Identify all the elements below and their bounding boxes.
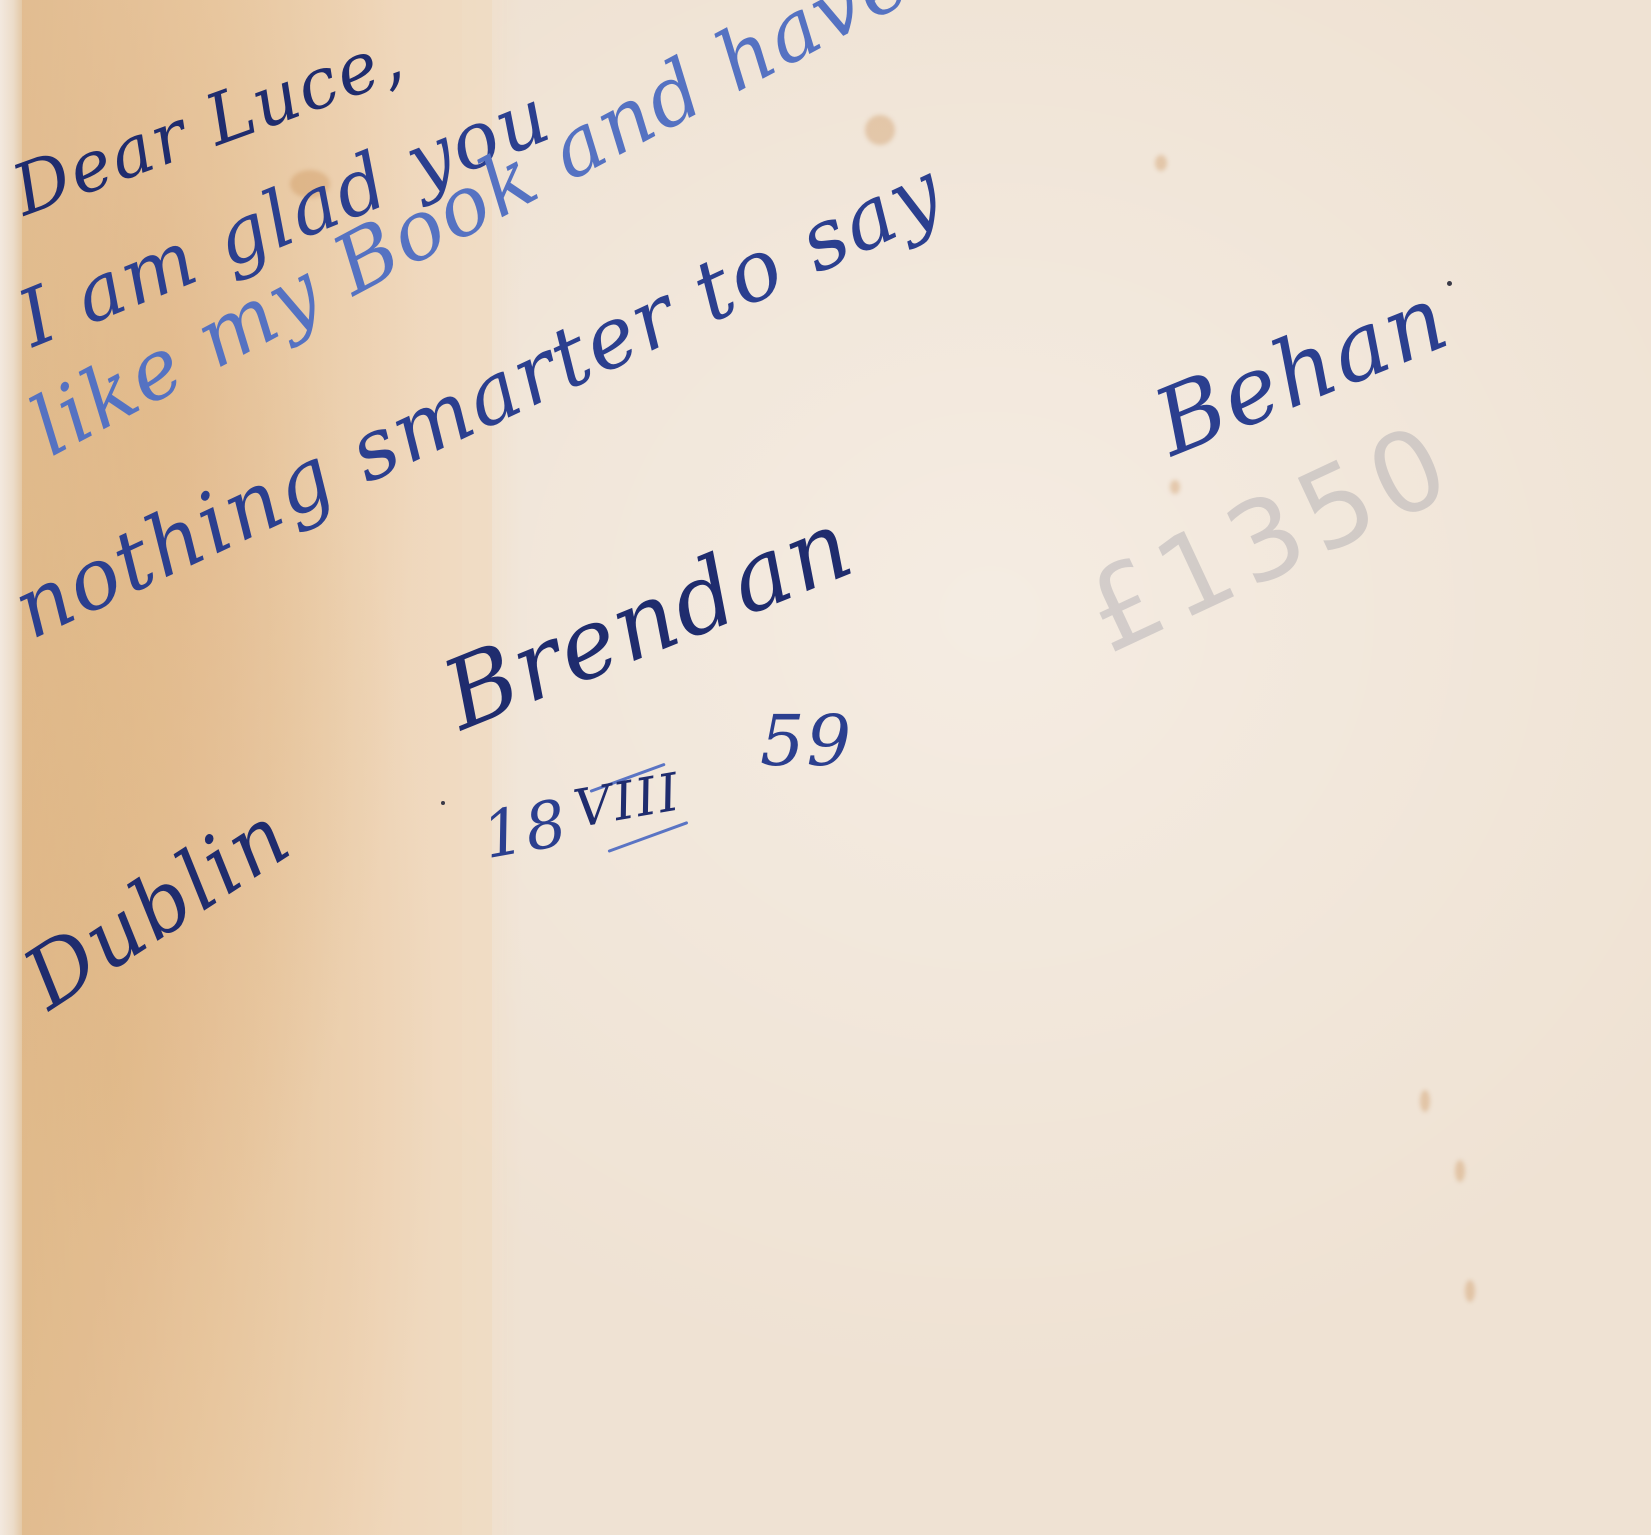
book-flyleaf-page: Dear Luce, I am glad you like my Book an… (0, 0, 1651, 1535)
inscription-date-day: 18 (477, 786, 574, 874)
foxing-spot (1465, 1280, 1475, 1302)
ink-dot (1447, 281, 1452, 286)
foxing-spot (1455, 1160, 1465, 1182)
inscription-date-year: 59 (760, 700, 853, 782)
foxing-spot (1155, 155, 1167, 171)
foxing-spot (1170, 480, 1180, 494)
foxing-spot (1420, 1090, 1430, 1112)
ink-dot (441, 801, 445, 805)
foxing-spot (865, 115, 895, 145)
page-edge (0, 0, 22, 1535)
